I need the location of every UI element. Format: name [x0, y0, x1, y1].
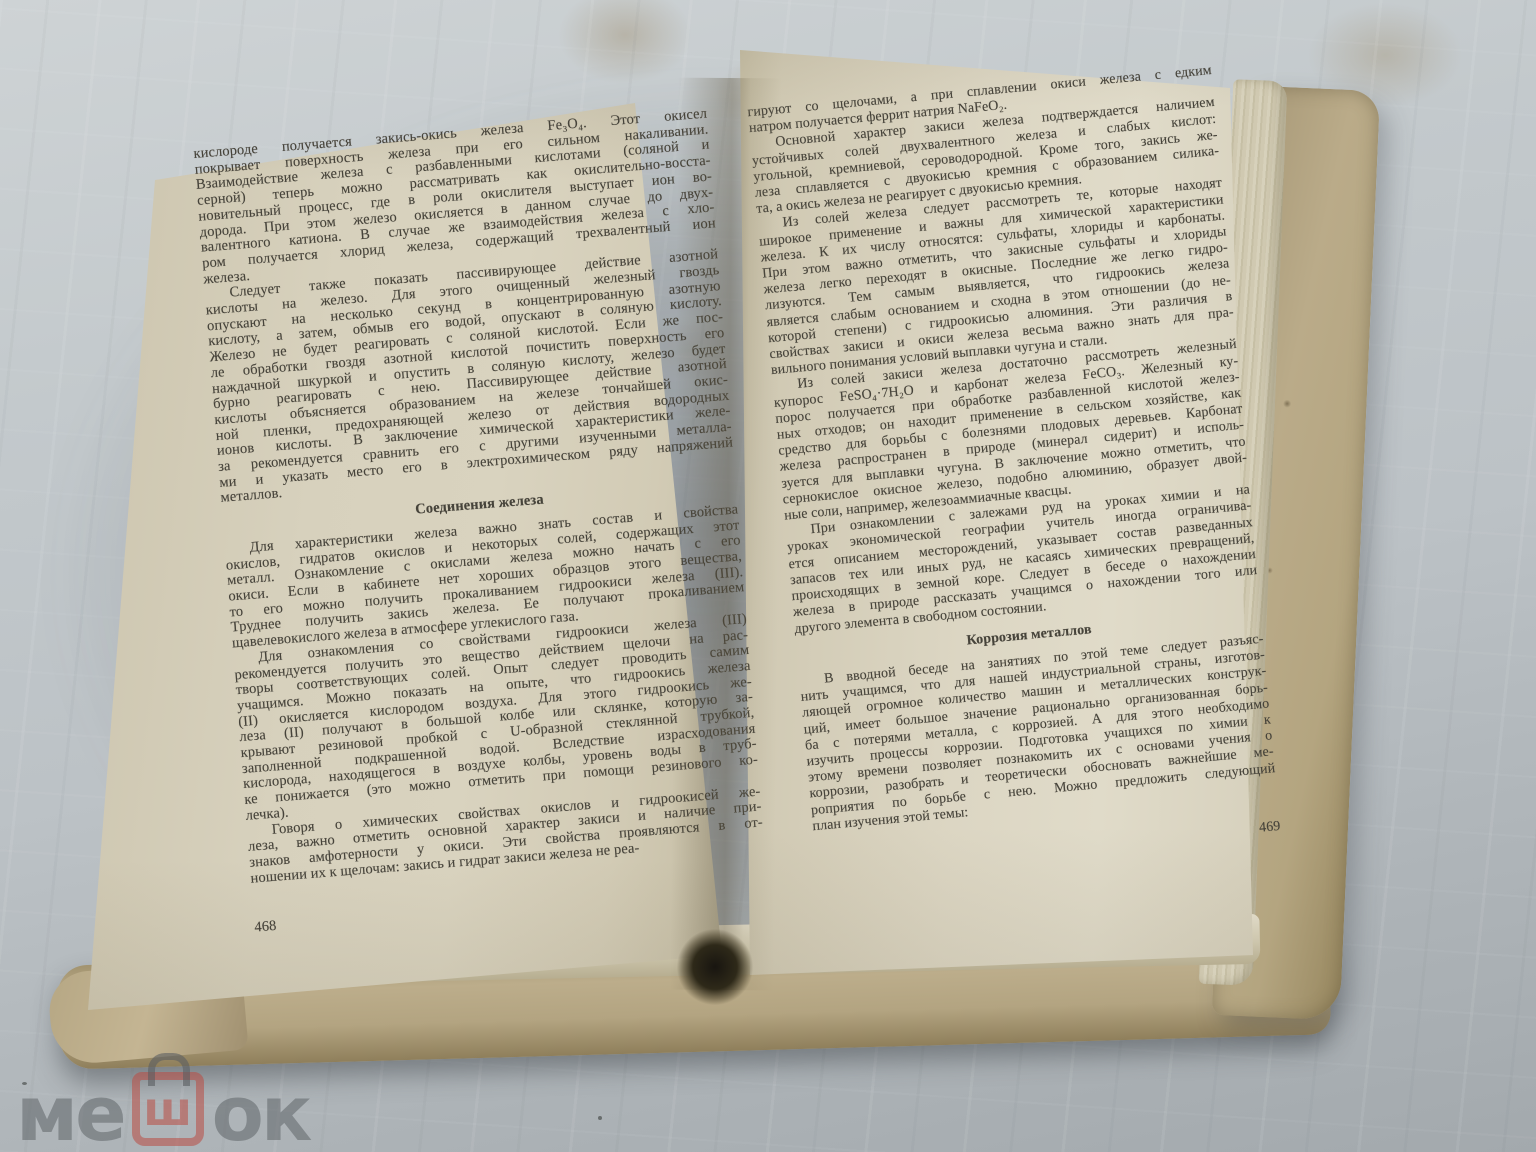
book-gutter-shadow	[670, 78, 782, 991]
meshok-watermark: ме ш ок	[16, 1072, 309, 1146]
watermark-text-left: ме	[16, 1082, 124, 1146]
watermark-text-right: ок	[212, 1082, 310, 1146]
cloth-speck	[598, 1116, 602, 1120]
spine-gap-shadow	[660, 912, 771, 1023]
photo-scene: кислороде получается закись-окись железа…	[0, 0, 1536, 1152]
shopping-bag-icon: ш	[132, 1072, 204, 1146]
watermark-bag-letter: ш	[140, 1080, 196, 1138]
right-page-text: гируют со щелочами, а при сплавлении оки…	[747, 63, 1281, 877]
